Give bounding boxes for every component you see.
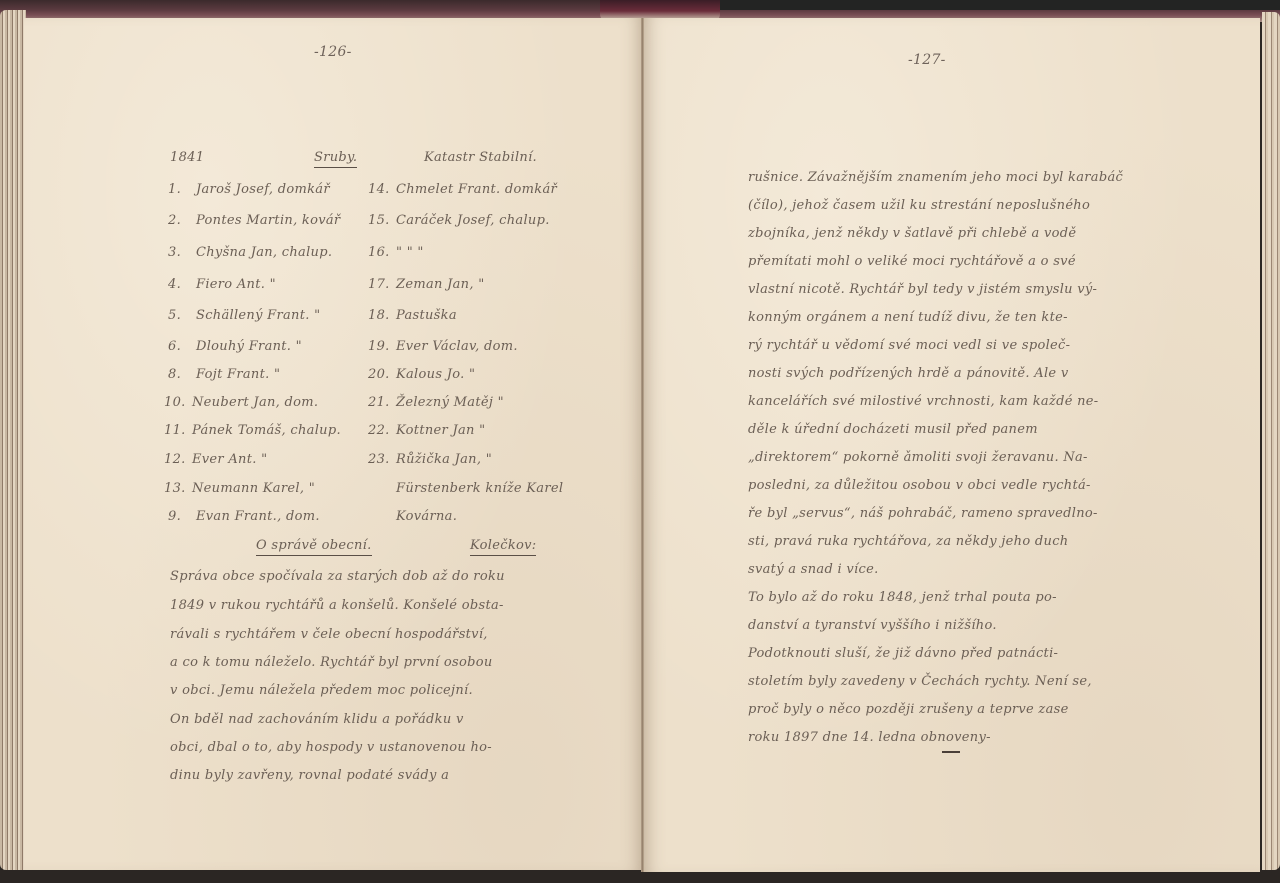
text-line: rávali s rychtářem v čele obecní hospodá…: [170, 627, 488, 642]
text-line: Podotknouti sluší, že již dávno před pat…: [748, 646, 1058, 661]
text-line: (čílo), jehož časem užil ku strestání ne…: [748, 198, 1090, 213]
list-item: 19.Ever Václav, dom.: [368, 339, 518, 354]
text-line: obci, dbal o to, aby hospody v ustanoven…: [170, 740, 492, 755]
list-item: 2.Pontes Martin, kovář: [168, 213, 340, 228]
header-title: Sruby.: [314, 150, 357, 168]
text-line: děle k úřední docházeti musil před panem: [748, 422, 1038, 437]
text-line: ře byl „servus“, náš pohrabáč, rameno sp…: [748, 506, 1098, 521]
list-item: 8.Fojt Frant. ": [168, 367, 280, 382]
text-line: a co k tomu náleželo. Rychtář byl první …: [170, 655, 493, 670]
list-item: 20.Kalous Jo. ": [368, 367, 475, 382]
text-line: svatý a snad i více.: [748, 562, 879, 577]
text-line: kancelářích své milostivé vrchnosti, kam…: [748, 394, 1098, 409]
binding-shadow: [700, 0, 1280, 10]
list-item: 16." " ": [368, 245, 424, 260]
text-line: Správa obce spočívala za starých dob až …: [170, 569, 505, 584]
text-line: danství a tyranství vyššího i nižšího.: [748, 618, 997, 633]
list-item: 3.Chyšna Jan, chalup.: [168, 245, 332, 260]
text-line: „direktorem“ pokorně ǎmoliti svoji žerav…: [748, 450, 1088, 465]
text-line: posledni, za důležitou osobou v obci ved…: [748, 478, 1091, 493]
section-heading-right: Kolečkov:: [470, 538, 536, 556]
text-line: roku 1897 dne 14. ledna obnoveny-: [748, 730, 991, 745]
text-line: stoletím byly zavedeny v Čechách rychty.…: [748, 674, 1092, 689]
list-item: 13.Neumann Karel, ": [164, 481, 315, 496]
list-item: Kovárna.: [396, 509, 457, 524]
text-line: 1849 v rukou rychtářů a konšelů. Konšelé…: [170, 598, 504, 613]
list-item: 11.Pánek Tomáš, chalup.: [164, 423, 341, 438]
text-line: nosti svých podřízených hrdě a pánovitě.…: [748, 366, 1069, 381]
page-number-right: -127-: [908, 52, 946, 68]
text-line: On bděl nad zachováním klidu a pořádku v: [170, 712, 464, 727]
list-item: 12.Ever Ant. ": [164, 452, 267, 467]
end-mark: [942, 751, 960, 753]
page-stack-right-edge: [1262, 12, 1280, 870]
section-heading: O správě obecní.: [256, 538, 372, 556]
book-scan: -126- 1841 Sruby. Katastr Stabilní. 1.Ja…: [0, 0, 1280, 883]
list-item: 18.Pastuška: [368, 308, 457, 323]
header-subtitle: Katastr Stabilní.: [424, 150, 537, 165]
text-line: vlastní nicotě. Rychtář byl tedy v jisté…: [748, 282, 1097, 297]
header-year: 1841: [170, 150, 204, 165]
text-line: přemítati mohl o veliké moci rychtářově …: [748, 254, 1076, 269]
page-number-left: -126-: [314, 44, 352, 60]
text-line: To bylo až do roku 1848, jenž trhal pout…: [748, 590, 1057, 605]
list-item: 22.Kottner Jan ": [368, 423, 485, 438]
list-item: 9.Evan Frant., dom.: [168, 509, 320, 524]
text-line: proč byly o něco později zrušeny a teprv…: [748, 702, 1069, 717]
page-stack-left-edge: [0, 10, 26, 870]
list-item: 15.Caráček Josef, chalup.: [368, 213, 550, 228]
list-item: 21.Železný Matěj ": [368, 395, 504, 410]
text-line: sti, pravá ruka rychtářova, za někdy jeh…: [748, 534, 1068, 549]
list-item: 23.Růžička Jan, ": [368, 452, 492, 467]
list-item: 17.Zeman Jan, ": [368, 277, 485, 292]
text-line: konným orgánem a není tudíž divu, že ten…: [748, 310, 1068, 325]
text-line: dinu byly zavřeny, rovnal podaté svády a: [170, 768, 449, 783]
left-page: -126- 1841 Sruby. Katastr Stabilní. 1.Ja…: [24, 18, 642, 870]
right-page: -127- rušnice. Závažnějším znamením jeho…: [644, 18, 1260, 872]
list-item: 10.Neubert Jan, dom.: [164, 395, 318, 410]
list-item: 6.Dlouhý Frant. ": [168, 339, 302, 354]
text-line: v obci. Jemu náležela předem moc policej…: [170, 683, 473, 698]
text-line: rý rychtář u vědomí své moci vedl si ve …: [748, 338, 1070, 353]
text-line: zbojníka, jenž někdy v šatlavě při chleb…: [748, 226, 1076, 241]
list-item: 14.Chmelet Frant. domkář: [368, 182, 557, 197]
list-item: 4.Fiero Ant. ": [168, 277, 276, 292]
text-line: rušnice. Závažnějším znamením jeho moci …: [748, 170, 1123, 185]
list-item: Fürstenberk kníže Karel: [396, 481, 563, 496]
list-item: 1.Jaroš Josef, domkář: [168, 182, 330, 197]
list-item: 5.Schällený Frant. ": [168, 308, 320, 323]
